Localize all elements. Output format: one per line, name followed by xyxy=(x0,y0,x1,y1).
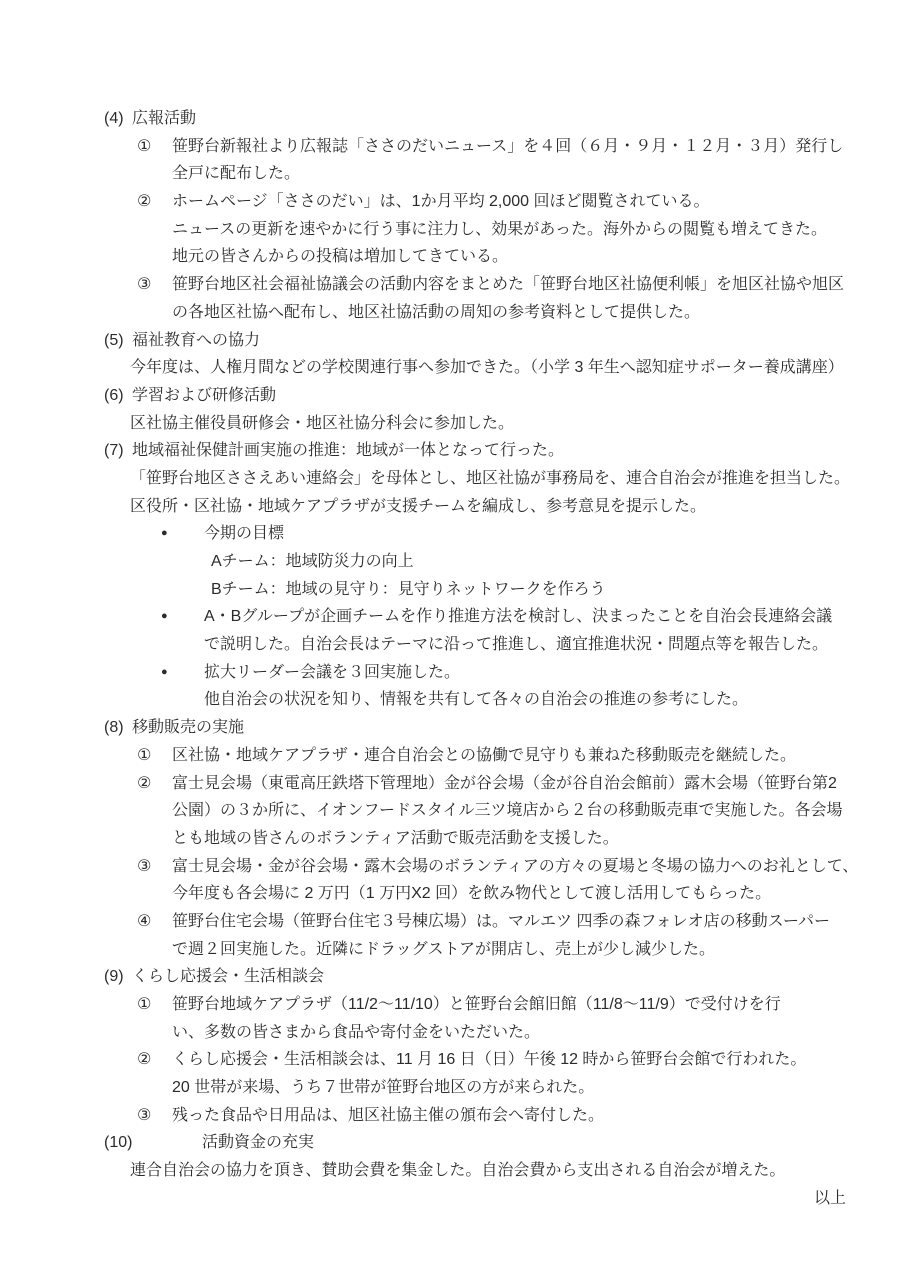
line-text: とも地域の皆さんのボランティア活動で販売活動を支援した。 xyxy=(172,830,619,847)
line-text: 地域福祉保健計画実施の推進：地域が一体となって行った。 xyxy=(132,442,564,459)
list-item: ①笹野台地域ケアプラザ（11/2～11/10）と笹野台会館旧館（11/8～11/… xyxy=(0,991,904,1019)
item-number: ① xyxy=(137,133,151,161)
bullet-item: ●A・Bグループが企画チームを作り推進方法を検討し、決まったことを自治会長連絡会… xyxy=(0,603,904,631)
line-text: 連合自治会の協力を頂き、賛助会費を集金した。自治会費から支出される自治会が増えた… xyxy=(130,1162,785,1179)
line-text: 今年度は、人権月間などの学校関連行事へ参加できた。（小学 3 年生へ認知症サポー… xyxy=(130,359,844,376)
line-text: 富士見会場・金が谷会場・露木会場のボランティアの方々の夏場と冬場の協力へのお礼と… xyxy=(172,858,858,875)
list-item-continuation: 20 世帯が来場、うち７世帯が笹野台地区の方が来られた。 xyxy=(0,1074,904,1102)
list-item: ④笹野台住宅会場（笹野台住宅３号棟広場）は。マルエツ 四季の森フォレオ店の移動ス… xyxy=(0,908,904,936)
list-item: ②ホームページ「ささのだい」は、1か月平均 2,000 回ほど閲覧されている。 xyxy=(0,188,904,216)
list-item: ②くらし応援会・生活相談会は、11 月 16 日（日）午後 12 時から笹野台会… xyxy=(0,1046,904,1074)
list-item-continuation: の各地区社協へ配布し、地区社協活動の周知の参考資料として提供した。 xyxy=(0,299,904,327)
section-number: (4) xyxy=(104,105,124,133)
line-text: ホームページ「ささのだい」は、1か月平均 2,000 回ほど閲覧されている。 xyxy=(172,193,710,210)
bullet-item-continuation: 他自治会の状況を知り、情報を共有して各々の自治会の推進の参考にした。 xyxy=(0,686,904,714)
line-text: 今期の目標 xyxy=(204,525,284,542)
paragraph-line: 区社協主催役員研修会・地区社協分科会に参加した。 xyxy=(0,410,904,438)
paragraph-line: 区役所・区社協・地域ケアプラザが支援チームを編成し、参考意見を提示した。 xyxy=(0,493,904,521)
list-item: ③残った食品や日用品は、旭区社協主催の頒布会へ寄付した。 xyxy=(0,1102,904,1130)
list-item-continuation: 地元の皆さんからの投稿は増加してきている。 xyxy=(0,243,904,271)
section-heading: (7)地域福祉保健計画実施の推進：地域が一体となって行った。 xyxy=(0,437,904,465)
line-text: い、多数の皆さまから食品や寄付金をいただいた。 xyxy=(172,1024,540,1041)
line-text: 拡大リーダー会議を３回実施した。 xyxy=(204,664,460,681)
section-heading: (6)学習および研修活動 xyxy=(0,382,904,410)
line-text: 以上 xyxy=(814,1190,846,1207)
line-text: 区社協主催役員研修会・地区社協分科会に参加した。 xyxy=(130,415,514,432)
section-heading: (8)移動販売の実施 xyxy=(0,714,904,742)
list-item: ③笹野台地区社会福祉協議会の活動内容をまとめた「笹野台地区社協便利帳」を旭区社協… xyxy=(0,271,904,299)
item-number: ② xyxy=(137,188,151,216)
section-number: (10) xyxy=(104,1129,132,1157)
section-heading: (9)くらし応援会・生活相談会 xyxy=(0,963,904,991)
item-number: ② xyxy=(137,1046,151,1074)
line-text: 笹野台地域ケアプラザ（11/2～11/10）と笹野台会館旧館（11/8～11/9… xyxy=(172,996,781,1013)
item-number: ④ xyxy=(137,908,151,936)
section-heading: (5)福祉教育への協力 xyxy=(0,327,904,355)
line-text: 福祉教育への協力 xyxy=(132,332,260,349)
list-item: ②富士見会場（東電高圧鉄塔下管理地）金が谷会場（金が谷自治会館前）露木会場（笹野… xyxy=(0,770,904,798)
line-text: 今年度も各会場に 2 万円（1 万円X2 回）を飲み物代として渡し活用してもらっ… xyxy=(172,885,771,902)
list-item-continuation: とも地域の皆さんのボランティア活動で販売活動を支援した。 xyxy=(0,825,904,853)
line-text: 広報活動 xyxy=(132,110,196,127)
list-item-continuation: 全戸に配布した。 xyxy=(0,160,904,188)
list-item-continuation: ニュースの更新を速やかに行う事に注力し、効果があった。海外からの閲覧も増えてきた… xyxy=(0,216,904,244)
line-text: Aチーム：地域防災力の向上 xyxy=(211,553,414,570)
section-number: (8) xyxy=(104,714,124,742)
line-text: 学習および研修活動 xyxy=(132,387,276,404)
closing-line: 以上 xyxy=(0,1185,904,1213)
line-text: 公園）の３か所に、イオンフードスタイル三ツ境店から２台の移動販売車で実施した。各… xyxy=(172,802,843,819)
list-item: ③富士見会場・金が谷会場・露木会場のボランティアの方々の夏場と冬場の協力へのお礼… xyxy=(0,853,904,881)
line-text: くらし応援会・生活相談会は、11 月 16 日（日）午後 12 時から笹野台会館… xyxy=(172,1051,806,1068)
item-number: ① xyxy=(137,991,151,1019)
line-text: 「笹野台地区ささえあい連絡会」を母体とし、地区社協が事務局を、連合自治会が推進を… xyxy=(130,470,850,487)
list-item-continuation: で週２回実施した。近隣にドラッグストアが開店し、売上が少し減少した。 xyxy=(0,936,904,964)
line-text: 笹野台新報社より広報誌「ささのだいニュース」を４回（６月・９月・１２月・３月）発… xyxy=(172,138,843,155)
paragraph-line: 「笹野台地区ささえあい連絡会」を母体とし、地区社協が事務局を、連合自治会が推進を… xyxy=(0,465,904,493)
bullet-item: ●拡大リーダー会議を３回実施した。 xyxy=(0,659,904,687)
bullet-item-continuation: で説明した。自治会長はテーマに沿って推進し、適宜推進状況・問題点等を報告した。 xyxy=(0,631,904,659)
bullet-item: ●今期の目標 xyxy=(0,520,904,548)
bullet-item-continuation: Aチーム：地域防災力の向上 xyxy=(0,548,904,576)
line-text: 富士見会場（東電高圧鉄塔下管理地）金が谷会場（金が谷自治会館前）露木会場（笹野台… xyxy=(172,775,837,792)
line-text: くらし応援会・生活相談会 xyxy=(132,968,324,985)
line-text: Bチーム：地域の見守り：見守りネットワークを作ろう xyxy=(211,581,606,598)
section-heading: (4)広報活動 xyxy=(0,105,904,133)
bullet-icon: ● xyxy=(161,520,168,548)
line-text: 区役所・区社協・地域ケアプラザが支援チームを編成し、参考意見を提示した。 xyxy=(130,498,706,515)
section-number: (5) xyxy=(104,327,124,355)
paragraph-line: 連合自治会の協力を頂き、賛助会費を集金した。自治会費から支出される自治会が増えた… xyxy=(0,1157,904,1185)
line-text: 全戸に配布した。 xyxy=(172,165,300,182)
document-page: (4)広報活動①笹野台新報社より広報誌「ささのだいニュース」を４回（６月・９月・… xyxy=(0,0,904,1280)
item-number: ② xyxy=(137,770,151,798)
section-number: (6) xyxy=(104,382,124,410)
line-text: A・Bグループが企画チームを作り推進方法を検討し、決まったことを自治会長連絡会議 xyxy=(204,608,832,625)
line-text: 移動販売の実施 xyxy=(132,719,244,736)
list-item: ①笹野台新報社より広報誌「ささのだいニュース」を４回（６月・９月・１２月・３月）… xyxy=(0,133,904,161)
section-heading: (10)活動資金の充実 xyxy=(0,1129,904,1157)
section-number: (9) xyxy=(104,963,124,991)
bullet-item-continuation: Bチーム：地域の見守り：見守りネットワークを作ろう xyxy=(0,576,904,604)
bullet-icon: ● xyxy=(161,659,168,687)
line-text: 地元の皆さんからの投稿は増加してきている。 xyxy=(172,248,508,265)
list-item: ①区社協・地域ケアプラザ・連合自治会との協働で見守りも兼ねた移動販売を継続した。 xyxy=(0,742,904,770)
line-text: で週２回実施した。近隣にドラッグストアが開店し、売上が少し減少した。 xyxy=(172,941,715,958)
list-item-continuation: 今年度も各会場に 2 万円（1 万円X2 回）を飲み物代として渡し活用してもらっ… xyxy=(0,880,904,908)
item-number: ③ xyxy=(137,853,151,881)
section-number: (7) xyxy=(104,437,124,465)
document-body: (4)広報活動①笹野台新報社より広報誌「ささのだいニュース」を４回（６月・９月・… xyxy=(0,105,904,1213)
line-text: 笹野台地区社会福祉協議会の活動内容をまとめた「笹野台地区社協便利帳」を旭区社協や… xyxy=(172,276,844,293)
line-text: で説明した。自治会長はテーマに沿って推進し、適宜推進状況・問題点等を報告した。 xyxy=(204,636,828,653)
line-text: 20 世帯が来場、うち７世帯が笹野台地区の方が来られた。 xyxy=(172,1079,594,1096)
line-text: 他自治会の状況を知り、情報を共有して各々の自治会の推進の参考にした。 xyxy=(204,691,748,708)
line-text: 笹野台住宅会場（笹野台住宅３号棟広場）は。マルエツ 四季の森フォレオ店の移動スー… xyxy=(172,913,830,930)
item-number: ③ xyxy=(137,271,151,299)
list-item-continuation: い、多数の皆さまから食品や寄付金をいただいた。 xyxy=(0,1019,904,1047)
item-number: ③ xyxy=(137,1102,151,1130)
item-number: ① xyxy=(137,742,151,770)
line-text: 残った食品や日用品は、旭区社協主催の頒布会へ寄付した。 xyxy=(172,1107,604,1124)
paragraph-line: 今年度は、人権月間などの学校関連行事へ参加できた。（小学 3 年生へ認知症サポー… xyxy=(0,354,904,382)
line-text: ニュースの更新を速やかに行う事に注力し、効果があった。海外からの閲覧も増えてきた… xyxy=(172,221,827,238)
list-item-continuation: 公園）の３か所に、イオンフードスタイル三ツ境店から２台の移動販売車で実施した。各… xyxy=(0,797,904,825)
line-text: 活動資金の充実 xyxy=(202,1134,314,1151)
line-text: の各地区社協へ配布し、地区社協活動の周知の参考資料として提供した。 xyxy=(172,304,700,321)
line-text: 区社協・地域ケアプラザ・連合自治会との協働で見守りも兼ねた移動販売を継続した。 xyxy=(172,747,796,764)
bullet-icon: ● xyxy=(161,603,168,631)
